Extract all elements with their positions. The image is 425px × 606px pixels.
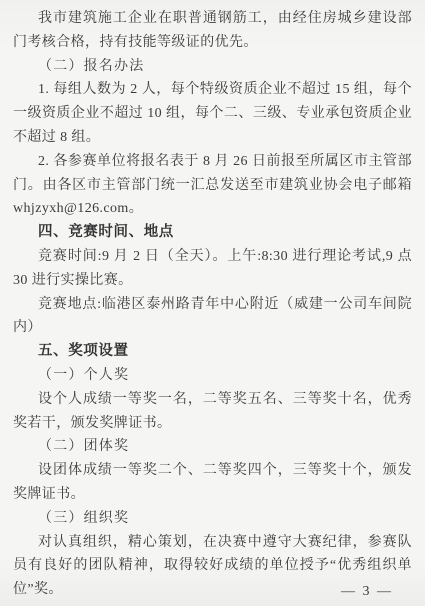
paragraph-registration-form: 2. 各参赛单位将报名表于 8 月 26 日前报至所属区市主管部门。由各区市主管… [13, 150, 412, 221]
paragraph-team-award: 设团体成绩一等奖二个、二等奖四个，三等奖十个，颁发奖牌证书。 [13, 459, 412, 507]
paragraph-competition-place: 竞赛地点:临港区泰州路青年中心附近（威建一公司车间院内） [13, 293, 412, 341]
sub-heading-registration: （二）报名办法 [13, 55, 412, 79]
sub-heading-individual-award: （一）个人奖 [13, 364, 412, 388]
paragraph-individual-award: 设个人成绩一等奖一名，二等奖五名、三等奖十名，优秀奖若干，颁发奖牌证书。 [13, 388, 412, 436]
paragraph-competition-time: 竞赛时间:9 月 2 日（全天）。上午:8:30 进行理论考试,9 点 30 进… [13, 245, 412, 293]
sub-heading-team-award: （二）团体奖 [13, 435, 412, 459]
paragraph-group-limits: 1. 每组人数为 2 人，每个特级资质企业不超过 15 组，每个一级资质企业不超… [13, 78, 412, 149]
section-heading-time-place: 四、竞赛时间、地点 [13, 221, 412, 245]
sub-heading-organization-award: （三）组织奖 [13, 507, 412, 531]
document-page: 我市建筑施工企业在职普通钢筋工，由经住房城乡建设部门考核合格，持有技能等级证的优… [0, 0, 425, 606]
section-heading-awards: 五、奖项设置 [13, 340, 412, 364]
paragraph-intro: 我市建筑施工企业在职普通钢筋工，由经住房城乡建设部门考核合格，持有技能等级证的优… [13, 7, 412, 55]
page-number: — 3 — [341, 584, 393, 600]
